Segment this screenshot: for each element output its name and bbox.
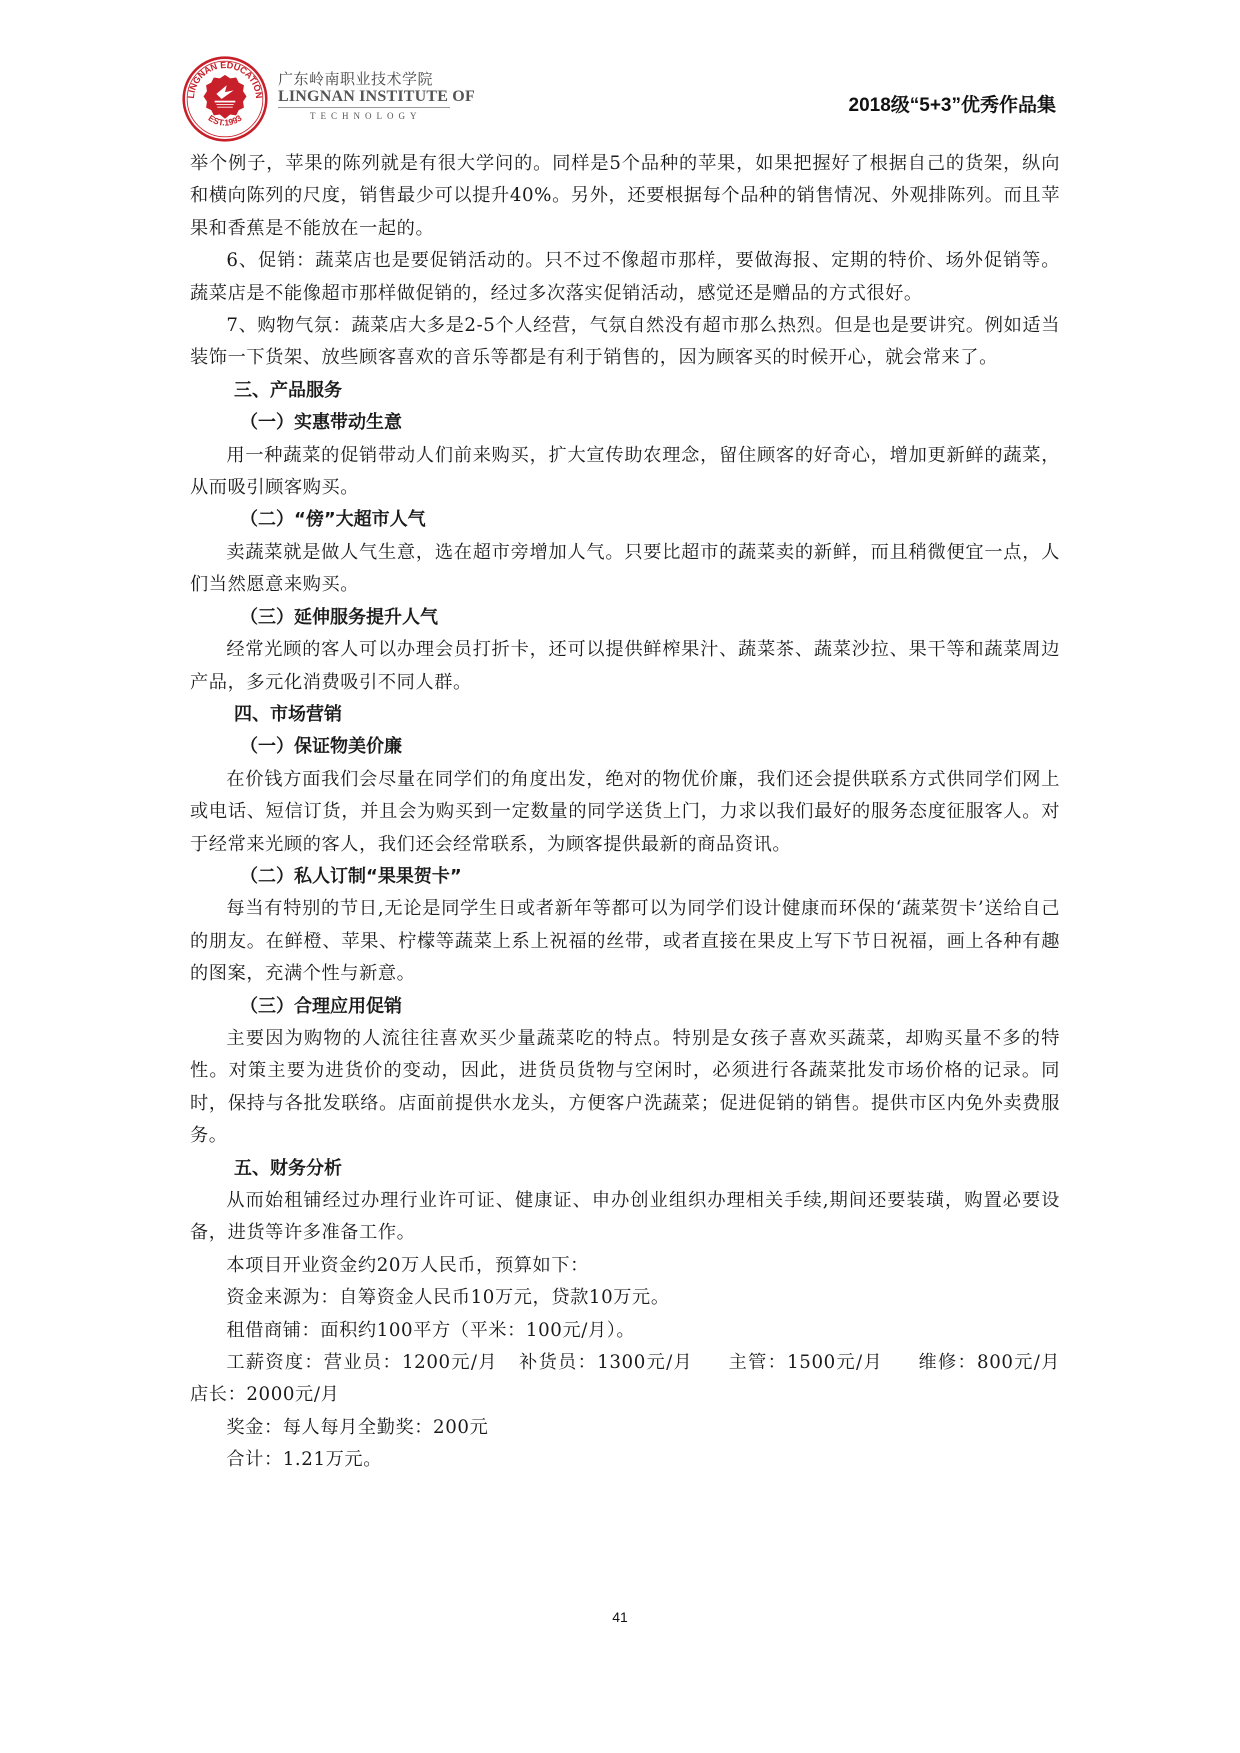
- paragraph-affordable: 用一种蔬菜的促销带动人们前来购买，扩大宣传助农理念，留住顾客的好奇心，增加更新鲜…: [190, 440, 1060, 505]
- page-number: 41: [0, 1609, 1240, 1625]
- institution-divider: [278, 107, 450, 108]
- institution-name-cn: 广东岭南职业技术学院: [278, 70, 475, 88]
- paragraph-finance-intro: 从而始租铺经过办理行业许可证、健康证、申办创业组织办理相关手续,期间还要装璜，购…: [190, 1185, 1060, 1250]
- paragraph-apple-display: 举个例子，苹果的陈列就是有很大学问的。同样是5个品种的苹果，如果把握好了根据自己…: [190, 148, 1060, 245]
- paragraph-bonus: 奖金：每人每月全勤奖：200元: [190, 1412, 1060, 1444]
- paragraph-total: 合计：1.21万元。: [190, 1444, 1060, 1476]
- section-heading-marketing: 四、市场营销: [190, 699, 1060, 731]
- paragraph-promotion-use: 主要因为购物的人流往往喜欢买少量蔬菜吃的特点。特别是女孩子喜欢买蔬菜，却购买量不…: [190, 1023, 1060, 1153]
- paragraph-promotion: 6、促销：蔬菜店也是要促销活动的。只不过不像超市那样，要做海报、定期的特价、场外…: [190, 245, 1060, 310]
- paragraph-funding: 资金来源为：自筹资金人民币10万元，贷款10万元。: [190, 1282, 1060, 1314]
- paragraph-quality-price: 在价钱方面我们会尽量在同学们的角度出发，绝对的物优价廉，我们还会提供联系方式供同…: [190, 764, 1060, 861]
- document-body: 举个例子，苹果的陈列就是有很大学问的。同样是5个品种的苹果，如果把握好了根据自己…: [190, 148, 1060, 1477]
- section-heading-finance: 五、财务分析: [190, 1153, 1060, 1185]
- subheading-supermarket: （二）“傍”大超市人气: [190, 504, 1060, 536]
- paragraph-greeting-card: 每当有特别的节日,无论是同学生日或者新年等都可以为同学们设计健康而环保的‘蔬菜贺…: [190, 893, 1060, 990]
- lingnan-seal-icon: LINGNAN EDUCATION EST.1993: [182, 56, 268, 142]
- subheading-quality-price: （一）保证物美价廉: [190, 731, 1060, 763]
- subheading-affordable: （一）实惠带动生意: [190, 407, 1060, 439]
- paragraph-rent: 租借商铺：面积约100平方（平米：100元/月）。: [190, 1315, 1060, 1347]
- institution-name-en-line2: TECHNOLOGY: [278, 111, 475, 122]
- paragraph-shopping-atmosphere: 7、购物气氛：蔬菜店大多是2-5个人经营，气氛自然没有超市那么热烈。但是也是要讲…: [190, 310, 1060, 375]
- subheading-promotion-use: （三）合理应用促销: [190, 991, 1060, 1023]
- collection-title: 2018级“5+3”优秀作品集: [849, 90, 1057, 117]
- section-heading-product-service: 三、产品服务: [190, 375, 1060, 407]
- paragraph-budget: 本项目开业资金约20万人民币，预算如下：: [190, 1250, 1060, 1282]
- institution-name-en-line1: LINGNAN INSTITUTE OF: [278, 88, 475, 106]
- paragraph-supermarket: 卖蔬菜就是做人气生意，选在超市旁增加人气。只要比超市的蔬菜卖的新鲜，而且稍微便宜…: [190, 537, 1060, 602]
- paragraph-salary: 工薪资度：营业员：1200元/月 补货员：1300元/月 主管：1500元/月 …: [190, 1347, 1060, 1412]
- paragraph-extended-service: 经常光顾的客人可以办理会员打折卡，还可以提供鲜榨果汁、蔬菜茶、蔬菜沙拉、果干等和…: [190, 634, 1060, 699]
- institution-name: 广东岭南职业技术学院 LINGNAN INSTITUTE OF TECHNOLO…: [278, 70, 475, 122]
- subheading-greeting-card: （二）私人订制“果果贺卡”: [190, 861, 1060, 893]
- subheading-extended-service: （三）延伸服务提升人气: [190, 602, 1060, 634]
- page-header: LINGNAN EDUCATION EST.1993 广东岭南职业技术学院 LI…: [182, 56, 1062, 148]
